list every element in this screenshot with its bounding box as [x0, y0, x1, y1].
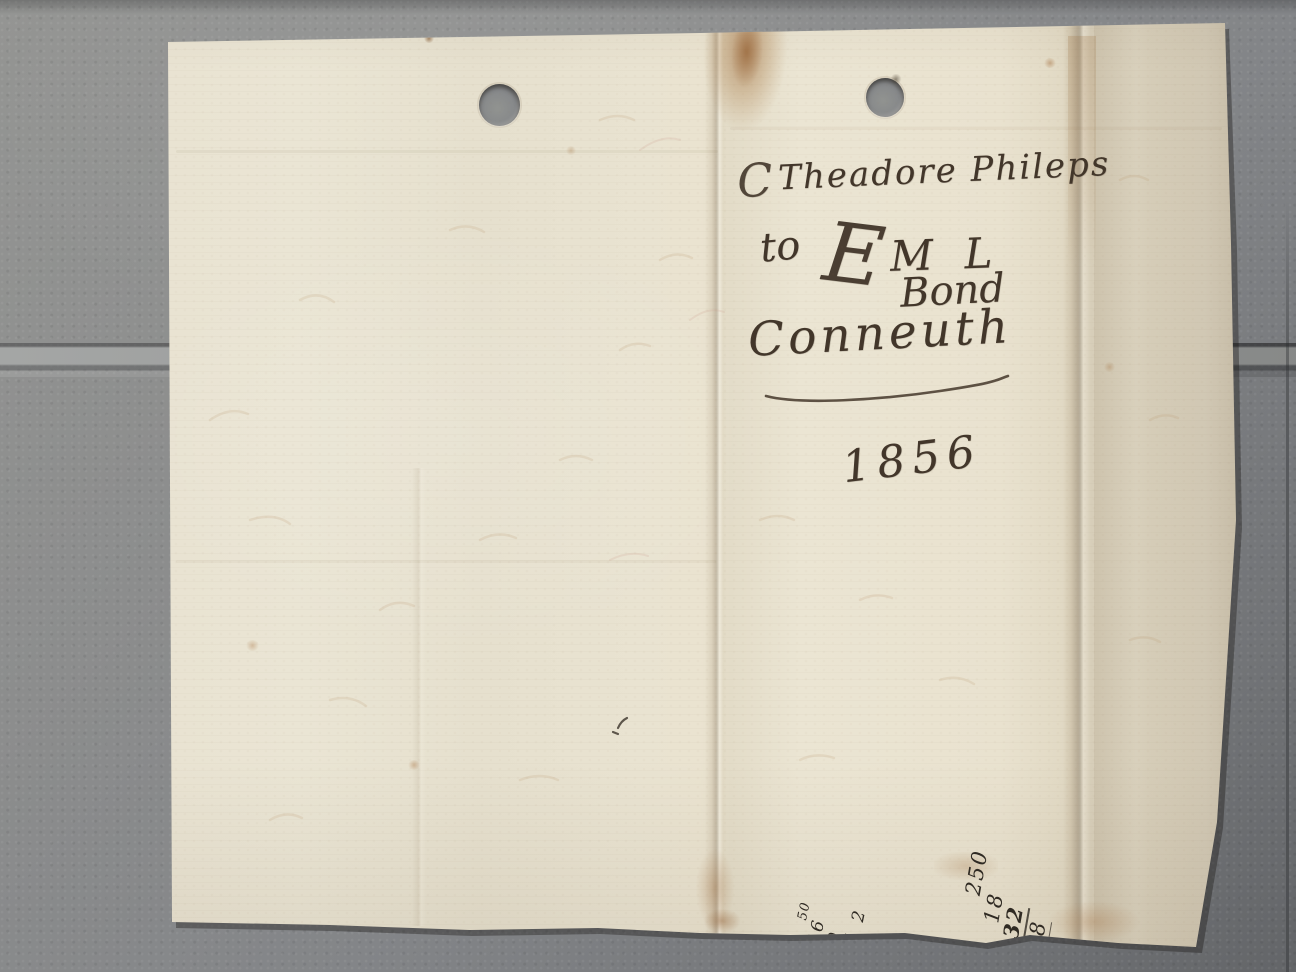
- show-through-strokes: [210, 116, 1178, 820]
- fold-crease-left: [412, 468, 426, 926]
- background-edge-line: [1286, 200, 1289, 972]
- foxing-spot: [566, 146, 576, 155]
- foxing-spot: [408, 760, 420, 770]
- punch-hole-left: [479, 84, 520, 126]
- horizontal-crease: [176, 150, 718, 153]
- horizontal-crease: [730, 127, 1222, 130]
- stain-top-fold-core: [720, 26, 770, 125]
- handwriting-place: Conneuth: [747, 299, 1014, 368]
- document-paper: CTheadore Phileps to E M L Bond Conneuth…: [0, 0, 1296, 972]
- foxing-spot: [246, 640, 259, 651]
- background-top-shadow: [0, 0, 1296, 14]
- punch-hole-right: [866, 78, 904, 117]
- foxing-spot: [1044, 58, 1056, 68]
- foxing-spot: [1104, 362, 1115, 372]
- right-panel-shading: [1094, 23, 1236, 947]
- handwriting-name-line: CTheadore Phileps: [736, 138, 1111, 208]
- calc-column-a: 250 18 32 18: [954, 791, 1072, 955]
- horizontal-crease: [176, 560, 716, 563]
- photo-scene: CTheadore Phileps to E M L Bond Conneuth…: [0, 0, 1296, 972]
- fold-crease-center: [705, 24, 727, 939]
- handwriting-flourish-initial: E: [818, 205, 889, 307]
- handwriting-year: 1856: [839, 426, 984, 494]
- handwriting-name: Theadore Phileps: [777, 144, 1111, 198]
- small-ink-mark: [613, 718, 627, 734]
- handwriting-to: to: [758, 222, 802, 271]
- handwriting-prefix-mark: C: [736, 153, 776, 209]
- place-underline-flourish: [766, 376, 1008, 401]
